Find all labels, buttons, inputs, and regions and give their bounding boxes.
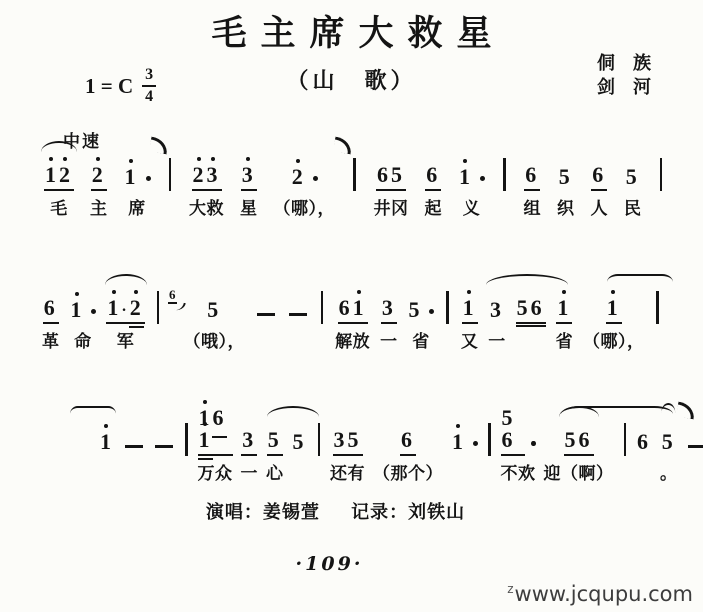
note-row (287, 286, 309, 324)
digit: 3 (242, 164, 256, 186)
digit: 5 (391, 164, 405, 186)
note-row: 6 (524, 153, 540, 191)
digit: 1 (70, 299, 84, 321)
note-row (157, 286, 160, 324)
music-line-2: 6革1命1·2军65（哦），61解放3一5省1又3一561省1（哪）， (38, 286, 665, 355)
digit: 5 (268, 429, 282, 451)
note: 1席 (124, 153, 151, 222)
note: 3一 (380, 286, 398, 355)
note-digits: 1·2 (106, 297, 144, 324)
note-row: 1 (458, 153, 485, 191)
digit: 3 (242, 429, 256, 451)
digit: 6 (44, 297, 58, 319)
digit: 1 (45, 164, 59, 186)
falling-tone-icon (675, 402, 695, 420)
note-digits: 61 (338, 297, 368, 324)
lyric: （哪）， (274, 199, 336, 222)
note-row (321, 286, 324, 324)
note: 56 (516, 286, 546, 355)
note-digits: 1 (451, 431, 467, 456)
digit: 3 (490, 299, 504, 321)
note-digits: 35 (333, 429, 363, 456)
note-digits: 6 (43, 297, 59, 324)
note: 6人 (591, 153, 609, 222)
digit: 6 (579, 429, 593, 451)
digit: 1 (107, 297, 121, 319)
note-digits: 1 (99, 431, 115, 456)
note-row: 6 (43, 286, 59, 324)
lyric: 织 (557, 199, 575, 222)
music-line-3: 1161万众3一5心535还有6（那个）156不欢56迎（啊）65。3 (95, 418, 687, 487)
barline (157, 286, 160, 355)
barline (660, 153, 663, 222)
note-row (123, 418, 145, 456)
note-digits: 56 (516, 297, 546, 324)
note: 1义 (458, 153, 485, 222)
page-number: ·109· (0, 553, 681, 575)
duration-dash (287, 286, 309, 355)
dash-stroke (155, 445, 173, 449)
digit: 6 (531, 297, 545, 319)
barline-stroke (169, 158, 172, 191)
digit: 1 (353, 297, 367, 319)
note-row (686, 418, 703, 456)
note-digits: 65 (376, 164, 406, 191)
digit: 1 (199, 429, 213, 451)
barline (169, 153, 172, 222)
falling-tone-icon (148, 137, 168, 155)
note: 6组 (524, 153, 542, 222)
barline-stroke (318, 423, 321, 456)
barline-stroke (185, 423, 188, 456)
duration-dash (153, 418, 175, 487)
note-row: 1 (99, 418, 115, 456)
note-row: 6 (400, 418, 416, 456)
note-row: 3 (381, 286, 397, 324)
note-digits: 5 (407, 299, 423, 324)
sheet-music-page: 毛主席大救星 1 = C 3 4 （山 歌） 侗 族 剑 河 中速 12毛2主1… (0, 0, 703, 612)
slur-arc (267, 406, 319, 417)
note-digits: 5 (661, 431, 677, 456)
note-row: 61 (338, 286, 368, 324)
barline (185, 418, 188, 487)
note: 5（哦）， (183, 286, 245, 355)
barline-stroke (446, 291, 449, 324)
note-row: 23 (192, 153, 222, 191)
note-row: 1 (451, 418, 478, 456)
lyric: 万众 (198, 464, 233, 487)
barline (321, 286, 324, 355)
note: 5织 (557, 153, 575, 222)
lyric: （哪）， (583, 332, 645, 355)
note: 6 (636, 418, 652, 487)
note-row: 5 (407, 286, 434, 324)
slur-arc (486, 274, 568, 285)
note-digits: 6 (425, 164, 441, 191)
digit: 6 (637, 431, 651, 453)
barline (656, 286, 659, 355)
note: 1命 (69, 286, 96, 355)
note-digits: 5 (292, 431, 308, 456)
note-digits: 23 (192, 164, 222, 191)
duration-dash (255, 286, 277, 355)
barline-stroke (624, 423, 627, 456)
music-line-1: 12毛2主1席23大救3星2（哪），65井冈6起1义6组5织6人5民 (40, 153, 668, 222)
lyric: 心 (266, 464, 284, 487)
performer-credit: 演唱：姜锡萱 (206, 502, 320, 523)
note: 1（哪）， (583, 286, 645, 355)
note: 5心 (266, 418, 284, 487)
header-row: 1 = C 3 4 （山 歌） 侗 族 剑 河 (0, 56, 703, 108)
digit: 6 (502, 429, 516, 451)
origin-county: 剑 河 (597, 76, 651, 100)
augmentation-dot (531, 441, 535, 446)
lyric: 还有 (330, 464, 365, 487)
note-digits: 2 (291, 166, 307, 191)
barline (446, 286, 449, 355)
note-row: 5 (267, 418, 283, 456)
lyric: 省 (412, 332, 430, 355)
digit: 5 (559, 166, 573, 188)
digit: 5 (348, 429, 362, 451)
barline (503, 153, 506, 222)
digit: 2 (92, 164, 106, 186)
lyric: 。 (660, 464, 678, 487)
note: 1 (451, 418, 478, 487)
watermark-mark: z (507, 582, 513, 596)
watermark: zwww.jcqupu.com (507, 582, 693, 606)
note: 35还有 (330, 418, 365, 487)
note: 1 (99, 418, 115, 487)
note: 5。 (660, 418, 678, 487)
note-row: 65 (376, 153, 406, 191)
note: 3一 (241, 418, 259, 487)
note-digits: 1 (124, 166, 140, 191)
digit: 1 (463, 297, 477, 319)
origin-info: 侗 族 剑 河 (597, 52, 651, 101)
note: 1·2军 (106, 286, 144, 355)
dash-stroke (257, 313, 275, 317)
note: 23大救 (189, 153, 224, 222)
note-row: 1 (69, 286, 96, 324)
digit: 1 (459, 166, 473, 188)
digit: 3 (382, 297, 396, 319)
note-row: 1 (124, 153, 151, 191)
augmentation-dot (91, 309, 96, 314)
lyric: 革 (42, 332, 60, 355)
note-row (488, 418, 491, 456)
lyric: （那个） (373, 464, 443, 487)
note: 56迎（啊） (544, 418, 614, 487)
note-row: 5 (206, 286, 222, 324)
lyric: 省 (556, 332, 574, 355)
barline (353, 153, 356, 222)
digit: 1 (125, 166, 139, 188)
note-row: 56 (564, 418, 594, 456)
recorder-credit: 记录：刘铁山 (351, 502, 465, 523)
barline-stroke (321, 291, 324, 324)
lyric: 解放 (335, 332, 370, 355)
note-row: 3 (241, 418, 257, 456)
lyric: 一 (380, 332, 398, 355)
note-row (153, 418, 175, 456)
lyric: 主 (90, 199, 108, 222)
note-row: 5 (558, 153, 574, 191)
note-digits: 6 (591, 164, 607, 191)
barline (318, 418, 321, 487)
dash-stroke (688, 445, 703, 449)
dash-stroke (125, 445, 143, 449)
digit: 5 (662, 431, 676, 453)
note-digits: 1 (462, 297, 478, 324)
digit: 2 (130, 297, 144, 319)
note-digits: 1 (458, 166, 474, 191)
note: 1省 (556, 286, 574, 355)
note: 2主 (90, 153, 108, 222)
note: 3星 (240, 153, 258, 222)
note-row: 6 (168, 286, 177, 324)
digit: 5 (565, 429, 579, 451)
digit: 5 (293, 431, 307, 453)
note: 3一 (488, 286, 506, 355)
lyric: 不欢 (501, 464, 536, 487)
note: 56不欢 (501, 418, 536, 487)
digit: 5 (626, 166, 640, 188)
note-digits: 3 (241, 164, 257, 191)
duration-dash (686, 418, 703, 487)
digit: 6 (213, 407, 227, 429)
digit: 1 (452, 431, 466, 453)
digit: 6 (377, 164, 391, 186)
digit: 6 (426, 164, 440, 186)
digit: 6 (525, 164, 539, 186)
slur-arc (607, 274, 673, 282)
note-row (255, 286, 277, 324)
note-row: 5 (625, 153, 641, 191)
note-digits: 1 (69, 299, 85, 324)
note-digits: 1 (556, 297, 572, 324)
digit: 1 (100, 431, 114, 453)
digit: 2 (292, 166, 306, 188)
slur-arc (105, 274, 147, 285)
note-digits: 56 (501, 407, 526, 456)
falling-tone-icon (333, 137, 353, 155)
lyric: 又 (461, 332, 479, 355)
dash-stroke (289, 313, 307, 317)
watermark-url: www.jcqupu.com (515, 582, 693, 606)
note-row: 35 (333, 418, 363, 456)
digit: 3 (207, 164, 221, 186)
song-title: 毛主席大救星 (0, 6, 703, 56)
note-digits: 56 (564, 429, 594, 456)
lyric: 一 (488, 332, 506, 355)
barline (624, 418, 627, 487)
note: 1又 (461, 286, 479, 355)
augmentation-dot (146, 176, 151, 181)
note-row: 1 (462, 286, 478, 324)
lyric: 一 (241, 464, 259, 487)
note: 65井冈 (374, 153, 409, 222)
slur-arc (561, 406, 673, 414)
lyric: 义 (463, 199, 481, 222)
note-row: 6 (591, 153, 607, 191)
augmentation-dot (473, 441, 478, 446)
note: 5省 (407, 286, 434, 355)
note-digits: 5 (267, 429, 283, 456)
barline-stroke (157, 291, 160, 324)
note-digits: 3 (489, 299, 505, 324)
note-digits: 2 (91, 164, 107, 191)
note-row (624, 418, 627, 456)
fermata-icon (661, 403, 675, 413)
digit: 1 (607, 297, 621, 319)
lyric: 人 (591, 199, 609, 222)
barline (488, 418, 491, 487)
grace-note-digit: 6 (168, 288, 177, 304)
note: 6革 (42, 286, 60, 355)
note-row: 3 (489, 286, 505, 324)
ethnic-group: 侗 族 (597, 52, 651, 76)
note-row: 56 (501, 418, 536, 456)
slur-arc (70, 406, 116, 414)
note-row: 5 (661, 418, 677, 456)
lyric: 毛 (50, 199, 68, 222)
duration-dash (123, 418, 145, 487)
note: 5 (292, 418, 308, 487)
credits: 演唱：姜锡萱 记录：刘铁山 (0, 498, 687, 524)
barline-stroke (353, 158, 356, 191)
lyric: 民 (624, 199, 642, 222)
note-row (185, 418, 188, 456)
note-row (660, 153, 663, 191)
lyric: 大救 (189, 199, 224, 222)
dot-glyph: · (121, 303, 129, 319)
note-row (318, 418, 321, 456)
note: 6起 (425, 153, 443, 222)
augmentation-dot (429, 309, 434, 314)
note-row (503, 153, 506, 191)
digit: 6 (339, 297, 353, 319)
lyric: 席 (128, 199, 146, 222)
note: 61解放 (335, 286, 370, 355)
barline-stroke (656, 291, 659, 324)
note: 12毛 (44, 153, 74, 222)
note-row: 1 (606, 286, 622, 324)
note-digits: 6 (636, 431, 652, 456)
lyric: 迎（啊） (544, 464, 614, 487)
digit: 2 (59, 164, 73, 186)
digit: 3 (334, 429, 348, 451)
note-digits: 6 (524, 164, 540, 191)
note: 5民 (624, 153, 642, 222)
note-digits: 5 (558, 166, 574, 191)
lyric: 星 (240, 199, 258, 222)
note-row: 56 (516, 286, 546, 324)
note-row: 161 (198, 418, 233, 456)
barline-stroke (488, 423, 491, 456)
note-row: 2 (291, 153, 318, 191)
digit: 1 (557, 297, 571, 319)
augmentation-dot (313, 176, 318, 181)
note-row (446, 286, 449, 324)
note-row: 1·2 (106, 286, 144, 324)
digit: 2 (193, 164, 207, 186)
note-row: 6 (425, 153, 441, 191)
note-digits: 6 (400, 429, 416, 456)
note-digits: 3 (381, 297, 397, 324)
digit: 5 (502, 407, 516, 429)
note-row (656, 286, 659, 324)
note: 6（那个） (373, 418, 443, 487)
augmentation-dot (480, 176, 485, 181)
lyric: 命 (74, 332, 92, 355)
note-digits: 161 (198, 407, 233, 456)
note-row: 1 (556, 286, 572, 324)
barline-stroke (503, 158, 506, 191)
grace-note: 6 (168, 286, 177, 355)
note-digits: 1 (606, 297, 622, 324)
barline-stroke (660, 158, 663, 191)
note-row (169, 153, 172, 191)
lyric: 组 (524, 199, 542, 222)
lyric: 井冈 (374, 199, 409, 222)
digit: 5 (408, 299, 422, 321)
digit: 5 (207, 299, 221, 321)
note-row: 6 (636, 418, 652, 456)
note-row (353, 153, 356, 191)
note-row: 3 (241, 153, 257, 191)
digit: 5 (517, 297, 531, 319)
note-digits: 12 (44, 164, 74, 191)
note-row: 12 (44, 153, 74, 191)
lyric: 军 (117, 332, 135, 355)
note-digits: 5 (625, 166, 641, 191)
digit: 6 (592, 164, 606, 186)
note-row: 5 (292, 418, 308, 456)
note: 161万众 (198, 418, 233, 487)
note-digits: 5 (206, 299, 222, 324)
lyric: （哦）， (183, 332, 245, 355)
digit: 6 (401, 429, 415, 451)
note-row: 2 (91, 153, 107, 191)
lyric: 起 (425, 199, 443, 222)
note-digits: 3 (241, 429, 257, 456)
note: 2（哪）， (274, 153, 336, 222)
